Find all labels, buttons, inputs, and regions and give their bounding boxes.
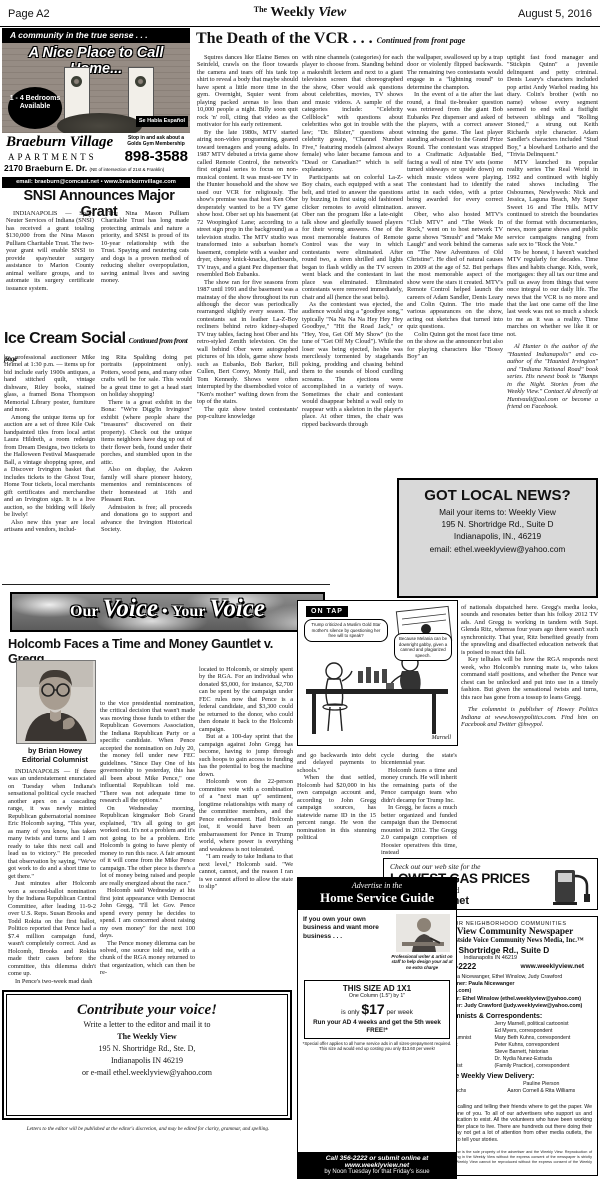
- wreath-icon: [135, 76, 146, 87]
- cartoon-signature: Marnell: [432, 735, 451, 741]
- voice-banner-text: Our Voice • Your Voice: [12, 594, 323, 630]
- ad-headline: A Nice Place to Call Home...: [2, 45, 190, 77]
- icecream-column-1: by professional auctioneer Mike Heimel a…: [4, 354, 95, 554]
- ad-info: Braeburn Village APARTMENTS 2170 Braebur…: [2, 133, 190, 177]
- home-ad-banner: Advertise in the Home Service Guide: [298, 878, 456, 910]
- cartoon-label: ON TAP: [306, 606, 348, 617]
- howey-byline: by Brian Howey Editorial Columnist: [6, 746, 104, 765]
- size-ad-box: THIS SIZE AD 1X1 One Column (1.5") by 1"…: [304, 980, 450, 1039]
- holcomb-author-bio: The columnist is publisher of Howey Poli…: [461, 706, 598, 728]
- home-service-guide-ad: Advertise in the Home Service Guide If y…: [297, 877, 457, 1179]
- writer-figure-image: [394, 912, 452, 959]
- on-tap-cartoon: ON TAP Trump criticized a Muslim Gold St…: [297, 600, 458, 746]
- size-ad-title: THIS SIZE AD 1X1: [307, 984, 447, 993]
- letters-disclaimer: Letters to the editor will be published …: [8, 1126, 288, 1133]
- contribute-title: Contribute your voice!: [4, 1002, 290, 1019]
- holcomb-column-1: INDIANAPOLIS — If there was an understat…: [8, 768, 96, 984]
- size-ad-sub: One Column (1.5") by 1": [307, 993, 447, 999]
- bedrooms-badge: 1 - 4 Bedrooms Available: [8, 87, 62, 129]
- size-ad-price: is only $17 per week: [307, 1001, 447, 1017]
- apartment-photo: A Nice Place to Call Home... 1 - 4 Bedro…: [2, 43, 190, 133]
- gym-note: Stop in and ask about a Golds Gym Member…: [125, 135, 187, 147]
- got-local-line-1: Mail your items to: Weekly View: [399, 506, 596, 518]
- braeburn-logo: Braeburn Village: [6, 134, 113, 151]
- vcr-column-2: with nine channels (categories) for each…: [302, 54, 403, 556]
- contribute-box: Contribute your voice! Write a letter to…: [2, 990, 292, 1120]
- gas-pump-icon: [549, 862, 593, 911]
- header-rule: [0, 26, 600, 27]
- contribute-email: or e-mail ethel.weeklyview@yahoo.com: [4, 1067, 290, 1079]
- bush-image: [57, 113, 142, 133]
- vcr-column-4-text: uptight fast food manager and "Stickpin …: [507, 54, 598, 338]
- home-ad-footer: Call 356-2222 or submit online at www.we…: [298, 1152, 456, 1178]
- contribute-line-1: Write a letter to the editor and mail it…: [4, 1019, 290, 1031]
- contribute-line-4: Indianapolis IN 46219: [4, 1055, 290, 1067]
- holcomb-column-5: cycle during the state's bicentennial ye…: [381, 752, 457, 858]
- snsi-column-1: INDIANAPOLIS — Spay-Neuter Services of I…: [6, 210, 94, 326]
- wreath-icon: [71, 76, 82, 87]
- vcr-column-3: the wallpaper, swallowed up by a trap do…: [407, 54, 503, 474]
- howey-photo: [16, 660, 96, 744]
- got-local-line-2: 195 N. Shortridge Rd., Suite D: [399, 518, 596, 530]
- ad-phone: 898-3588: [125, 148, 188, 165]
- ad-banner: A community in the true sense . . .: [2, 28, 190, 43]
- newspaper-page: Page A2 The Weekly View August 5, 2016 A…: [0, 0, 600, 1179]
- braeburn-village-ad: A community in the true sense . . . A Ni…: [2, 28, 190, 186]
- holcomb-column-6-text: of nationals dispatched here. Gregg's me…: [461, 604, 598, 701]
- icecream-column-2: ing Rita Spalding doing pet portraits (a…: [101, 354, 192, 554]
- columnists-right: Jerry Marnell, political cartoonistEd My…: [491, 1021, 593, 1070]
- vcr-column-1: Squires dances like Elaine Benes on Sein…: [197, 54, 298, 556]
- holcomb-column-2: to the vice presidential nomination, the…: [100, 700, 195, 984]
- vcr-column-4: uptight fast food manager and "Stickpin …: [507, 54, 598, 474]
- apartments-label: APARTMENTS: [8, 152, 97, 162]
- got-local-line-3: Indianapolis, IN., 46219: [399, 530, 596, 542]
- snsi-column-2: The Nina Mason Pulliam Charitable Trust …: [101, 210, 189, 326]
- delivery-right: Pauline PiersonAaron Cornell & Rita Will…: [491, 1081, 593, 1095]
- se-habla-badge: Se Habla Español: [136, 116, 188, 127]
- home-ad-fine-print: *Special offer applies to all home servi…: [302, 1041, 452, 1052]
- got-local-news-box: GOT LOCAL NEWS? Mail your items to: Week…: [397, 478, 598, 598]
- ad-email-bar: email: braeburn@comcast.net • www.braebu…: [2, 177, 190, 188]
- masthead-title: The Weekly View: [0, 5, 600, 21]
- holcomb-column-3: located to Holcomb, or simply spent by t…: [199, 666, 293, 984]
- vcr-author-bio: Al Hunter is the author of the "Haunted …: [507, 343, 598, 410]
- vcr-headline: The Death of the VCR . . .Continued from…: [196, 30, 598, 48]
- writer-figure-caption: Professional writer & artist on staff to…: [390, 954, 454, 970]
- home-ad-body: If you own your own business and want mo…: [298, 910, 456, 978]
- speech-bubble-2: Because Melania can be downright gabby, …: [394, 633, 452, 661]
- masthead-website: www.weeklyview.net: [521, 962, 584, 972]
- howey-portrait-image: [17, 661, 93, 741]
- holcomb-column-6: of nationals dispatched here. Gregg's me…: [461, 604, 598, 856]
- issue-date: August 5, 2016: [518, 8, 592, 20]
- speech-bubble-1: Trump criticized a Muslim Gold Star moth…: [304, 619, 388, 642]
- home-ad-pitch: If you own your own business and want mo…: [303, 916, 383, 941]
- holcomb-column-4: and go backwards into debt and delayed p…: [297, 752, 376, 872]
- got-local-title: GOT LOCAL NEWS?: [399, 486, 596, 506]
- contribute-line-3: 195 N. Shortridge Rd., Ste. D,: [4, 1043, 290, 1055]
- contribute-line-2: The Weekly View: [4, 1031, 290, 1043]
- size-ad-offer: Run your AD 4 weeks and get the 5th week…: [307, 1019, 447, 1035]
- section-rule: [2, 584, 330, 585]
- got-local-email: email: ethel.weeklyview@yahoo.com: [399, 543, 596, 555]
- continued-label: Continued from front page: [377, 36, 466, 45]
- voice-banner: Our Voice • Your Voice: [10, 592, 325, 632]
